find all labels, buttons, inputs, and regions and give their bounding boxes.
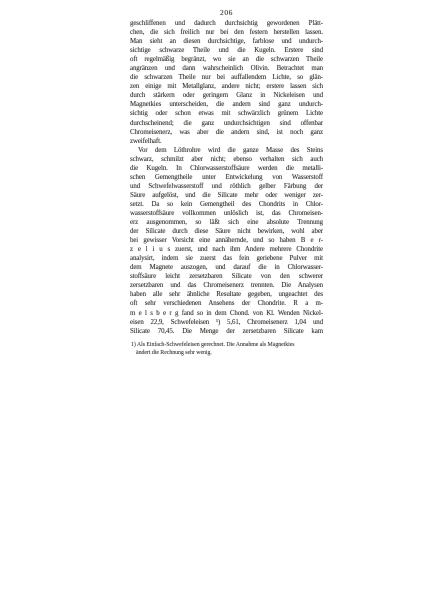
text-line: haben alle sehr ähnliche Resultate gegeb… <box>130 290 323 299</box>
text-line: Man sieht an diesen durchsichtige, farbl… <box>130 37 323 46</box>
footnote: 1) Als Einfach-Schwefeleisen gerechnet. … <box>131 341 327 357</box>
text-line: zersetzbaren und das Chromeisenerz trenn… <box>130 281 323 290</box>
text-line: oft sehr verschiedenen Ansehens der Chon… <box>130 299 323 308</box>
text-line: sichtig oder schon etwas mit schwärzlich… <box>130 109 323 118</box>
text-line: die schwarzen Theile nur bei auffallende… <box>130 73 323 82</box>
text-line: stoffsäure leicht zersetzbaren Silicate … <box>130 272 323 281</box>
text-line: geschliffenen und dadurch durchsichtig g… <box>130 19 323 28</box>
page-number: 206 <box>130 8 323 17</box>
text-line: die Kugeln. In Chlorwasserstoffsäure wer… <box>130 164 323 173</box>
text-line: angränzen und dann wahrscheinlich Olivin… <box>130 64 323 73</box>
text-line: Magnetkies unterscheiden, die andern sin… <box>130 100 323 109</box>
text-line: Vor dem Löthrohre wird die ganze Masse d… <box>130 146 323 155</box>
text-line: durchscheinend; die ganz undurchsichtige… <box>130 119 323 128</box>
text-line: zweifelhaft. <box>130 137 323 146</box>
text-line: z e l i u s zuerst, und nach ihm Andere … <box>130 245 323 254</box>
text-line: m e l s b e r g fand so in dem Chond. vo… <box>130 309 323 318</box>
text-line: analysirt, indem sie zuerst das fein ger… <box>130 254 323 263</box>
body-text-block: geschliffenen und dadurch durchsichtig g… <box>130 19 323 336</box>
scanned-book-page: 206 geschliffenen und dadurch durchsicht… <box>0 0 443 599</box>
text-line: eisen 22,9, Schwefeleisen ¹) 5,61, Chrom… <box>130 318 323 327</box>
paragraph-loethrohr: Vor dem Löthrohre wird die ganze Masse d… <box>130 146 323 336</box>
text-line: Säure aufgelöst, und die Silicate mehr o… <box>130 191 323 200</box>
text-line: dem Magnete auszogen, und darauf die in … <box>130 263 323 272</box>
text-line: oft regelmäßig begränzt, wo sie an die s… <box>130 55 323 64</box>
text-line: und Schwefelwasserstoff und röthlich gel… <box>130 182 323 191</box>
footnote-line: ändert die Rechnung sehr wenig. <box>131 349 327 357</box>
text-line: sichtige schwarze Theile und die Kugeln.… <box>130 46 323 55</box>
text-line: wasserstoffsäure vollkommen unlöslich is… <box>130 209 323 218</box>
text-line: schen Gemengtheile unter Entwickelung vo… <box>130 173 323 182</box>
footnote-line: 1) Als Einfach-Schwefeleisen gerechnet. … <box>131 341 327 349</box>
text-line: erz ausgenommen, so läßt sich eine absol… <box>130 218 323 227</box>
text-line: der Silicate durch diese Säure nicht bew… <box>130 227 323 236</box>
text-line: zen einige mit Metallglanz, andere nicht… <box>130 82 323 91</box>
text-line: chen, die sich freilich nur bei den fest… <box>130 28 323 37</box>
text-line: Chromeisenerz, was aber die andern sind,… <box>130 128 323 137</box>
text-line: setzt. Da so kein Gemengtheil des Chondr… <box>130 200 323 209</box>
text-line: durch stärkern oder geringern Glanz in N… <box>130 91 323 100</box>
text-line: Silicate 70,45. Die Menge der zersetzbar… <box>130 327 323 336</box>
paragraph-continuation: geschliffenen und dadurch durchsichtig g… <box>130 19 323 146</box>
text-line: bei gewisser Vorsicht eine annähernde, u… <box>130 236 323 245</box>
text-line: schwarz, schmilzt aber nicht; ebenso ver… <box>130 155 323 164</box>
